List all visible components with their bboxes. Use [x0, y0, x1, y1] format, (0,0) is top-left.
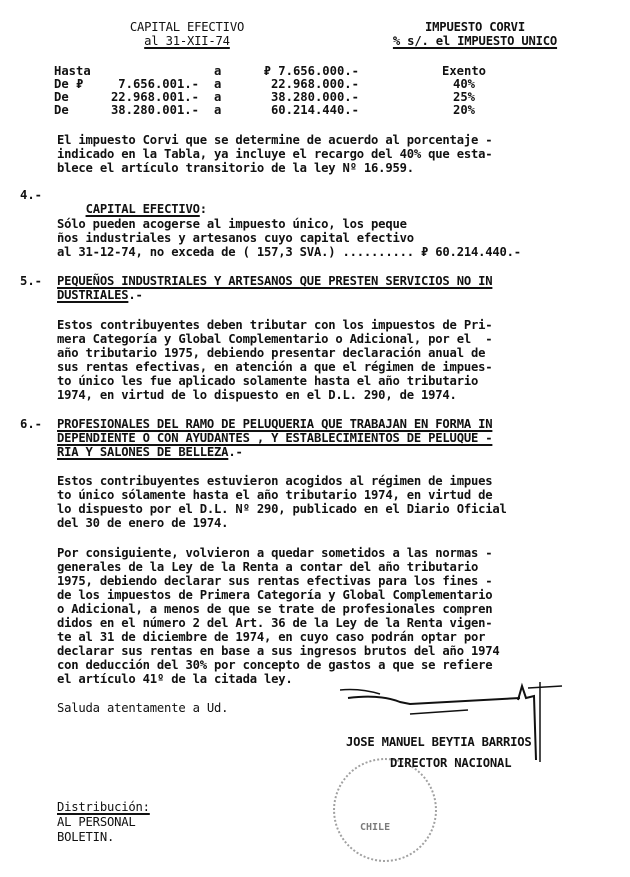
text-line: sus rentas efectivas, en atención a que … — [57, 360, 587, 374]
section-number: 6.- — [20, 417, 42, 431]
section-number: 4.- — [20, 188, 42, 202]
row-label: De — [54, 90, 69, 104]
row-rate: Exento — [424, 64, 504, 78]
text-line: indicado en la Tabla, ya incluye el reca… — [57, 147, 587, 161]
text-line: Estos contribuyentes deben tributar con … — [57, 318, 587, 332]
section-title-line: PEQUEÑOS INDUSTRIALES Y ARTESANOS QUE PR… — [57, 274, 587, 288]
row-rate: 20% — [424, 103, 504, 117]
text-line: de los impuestos de Primera Categoría y … — [57, 588, 587, 602]
table-col1-header-line2: al 31-XII-74 — [112, 34, 262, 48]
section-title: CAPITAL EFECTIVO — [86, 202, 200, 216]
document-page: CAPITAL EFECTIVO al 31-XII-74 IMPUESTO C… — [0, 0, 630, 877]
section6-heading: PROFESIONALES DEL RAMO DE PELUQUERIA QUE… — [57, 417, 587, 459]
row-from: 38.280.001.- — [84, 103, 199, 117]
text-line: didos en el número 2 del Art. 36 de la L… — [57, 616, 587, 630]
row-sep: a — [214, 103, 221, 117]
text-line: Por consiguiente, volvieron a quedar som… — [57, 546, 587, 560]
text-line: mera Categoría y Global Complementario o… — [57, 332, 587, 346]
row-label: Hasta — [54, 64, 91, 78]
closing-line: Saluda atentamente a Ud. — [57, 701, 228, 715]
distribution-label: Distribución: — [57, 800, 150, 814]
text-line: declarar sus rentas en base a sus ingres… — [57, 644, 587, 658]
row-to: 22.968.000.- — [224, 77, 359, 91]
text-line: to único les fue aplicado solamente hast… — [57, 374, 587, 388]
row-sep: a — [214, 90, 221, 104]
section-title-line: RIA Y SALONES DE BELLEZA.- — [57, 445, 587, 459]
row-rate: 40% — [424, 77, 504, 91]
text-line: del 30 de enero de 1974. — [57, 516, 587, 530]
row-sep: a — [214, 64, 221, 78]
row-label: De — [54, 103, 69, 117]
text-line: to único sólamente hasta el año tributar… — [57, 488, 587, 502]
text-line: lo dispuesto por el D.L. Nº 290, publica… — [57, 502, 587, 516]
row-to: 60.214.440.- — [224, 103, 359, 117]
section-title-text: RIA Y SALONES DE BELLEZA — [57, 445, 228, 459]
text-line: Sólo pueden acogerse al impuesto único, … — [57, 217, 587, 231]
stamp-text: CHILE — [360, 822, 390, 833]
table-row: De ₽ 7.656.001.- a 22.968.000.- 40% — [54, 77, 574, 91]
section-title-line: PROFESIONALES DEL RAMO DE PELUQUERIA QUE… — [57, 417, 587, 431]
section6-body2: Por consiguiente, volvieron a quedar som… — [57, 546, 587, 686]
table-row: De 38.280.001.- a 60.214.440.- 20% — [54, 103, 574, 117]
table-row: Hasta a ₽ 7.656.000.- Exento — [54, 64, 574, 78]
row-rate: 25% — [424, 90, 504, 104]
row-from: 22.968.001.- — [84, 90, 199, 104]
text-line: generales de la Ley de la Renta a contar… — [57, 560, 587, 574]
section-title-suffix: .- — [128, 288, 142, 302]
official-stamp-icon — [333, 758, 437, 862]
section-title-text: DUSTRIALES — [57, 288, 128, 302]
text-line: blece el artículo transitorio de la ley … — [57, 161, 587, 175]
section6-body1: Estos contribuyentes estuvieron acogidos… — [57, 474, 587, 530]
table-col2-header-line1: IMPUESTO CORVI — [375, 20, 575, 34]
table-col1-header-line1: CAPITAL EFECTIVO — [112, 20, 262, 34]
section-title-suffix: .- — [228, 445, 242, 459]
section-title-suffix: : — [200, 202, 207, 216]
row-to: ₽ 7.656.000.- — [224, 64, 359, 78]
text-line: ños industriales y artesanos cuyo capita… — [57, 231, 587, 245]
text-line: te al 31 de diciembre de 1974, en cuyo c… — [57, 630, 587, 644]
signatory-name: JOSE MANUEL BEYTIA BARRIOS — [346, 735, 532, 749]
section-title-line: DEPENDIENTE O CON AYUDANTES , Y ESTABLEC… — [57, 431, 587, 445]
row-sep: a — [214, 77, 221, 91]
text-line: Estos contribuyentes estuvieron acogidos… — [57, 474, 587, 488]
row-from: 7.656.001.- — [84, 77, 199, 91]
text-line: 1974, en virtud de lo dispuesto en el D.… — [57, 388, 587, 402]
distribution-item: BOLETIN. — [57, 830, 114, 844]
note-paragraph: El impuesto Corvi que se determine de ac… — [57, 133, 587, 175]
text-line: con deducción del 30% por concepto de ga… — [57, 658, 587, 672]
section-number: 5.- — [20, 274, 42, 288]
section4-body: Sólo pueden acogerse al impuesto único, … — [57, 217, 587, 259]
section5-body: Estos contribuyentes deben tributar con … — [57, 318, 587, 402]
row-label: De ₽ — [54, 77, 83, 91]
text-line: o Adicional, a menos de que se trate de … — [57, 602, 587, 616]
distribution-item: AL PERSONAL — [57, 815, 136, 829]
row-to: 38.280.000.- — [224, 90, 359, 104]
section5-heading: PEQUEÑOS INDUSTRIALES Y ARTESANOS QUE PR… — [57, 274, 587, 302]
text-line: 1975, debiendo declarar sus rentas efect… — [57, 574, 587, 588]
text-line: El impuesto Corvi que se determine de ac… — [57, 133, 587, 147]
table-row: De 22.968.001.- a 38.280.000.- 25% — [54, 90, 574, 104]
section-title-line: DUSTRIALES.- — [57, 288, 587, 302]
table-col2-header-line2: % s/. el IMPUESTO UNICO — [375, 34, 575, 48]
text-line: año tributario 1975, debiendo presentar … — [57, 346, 587, 360]
text-line: al 31-12-74, no exceda de ( 157,3 SVA.) … — [57, 245, 587, 259]
